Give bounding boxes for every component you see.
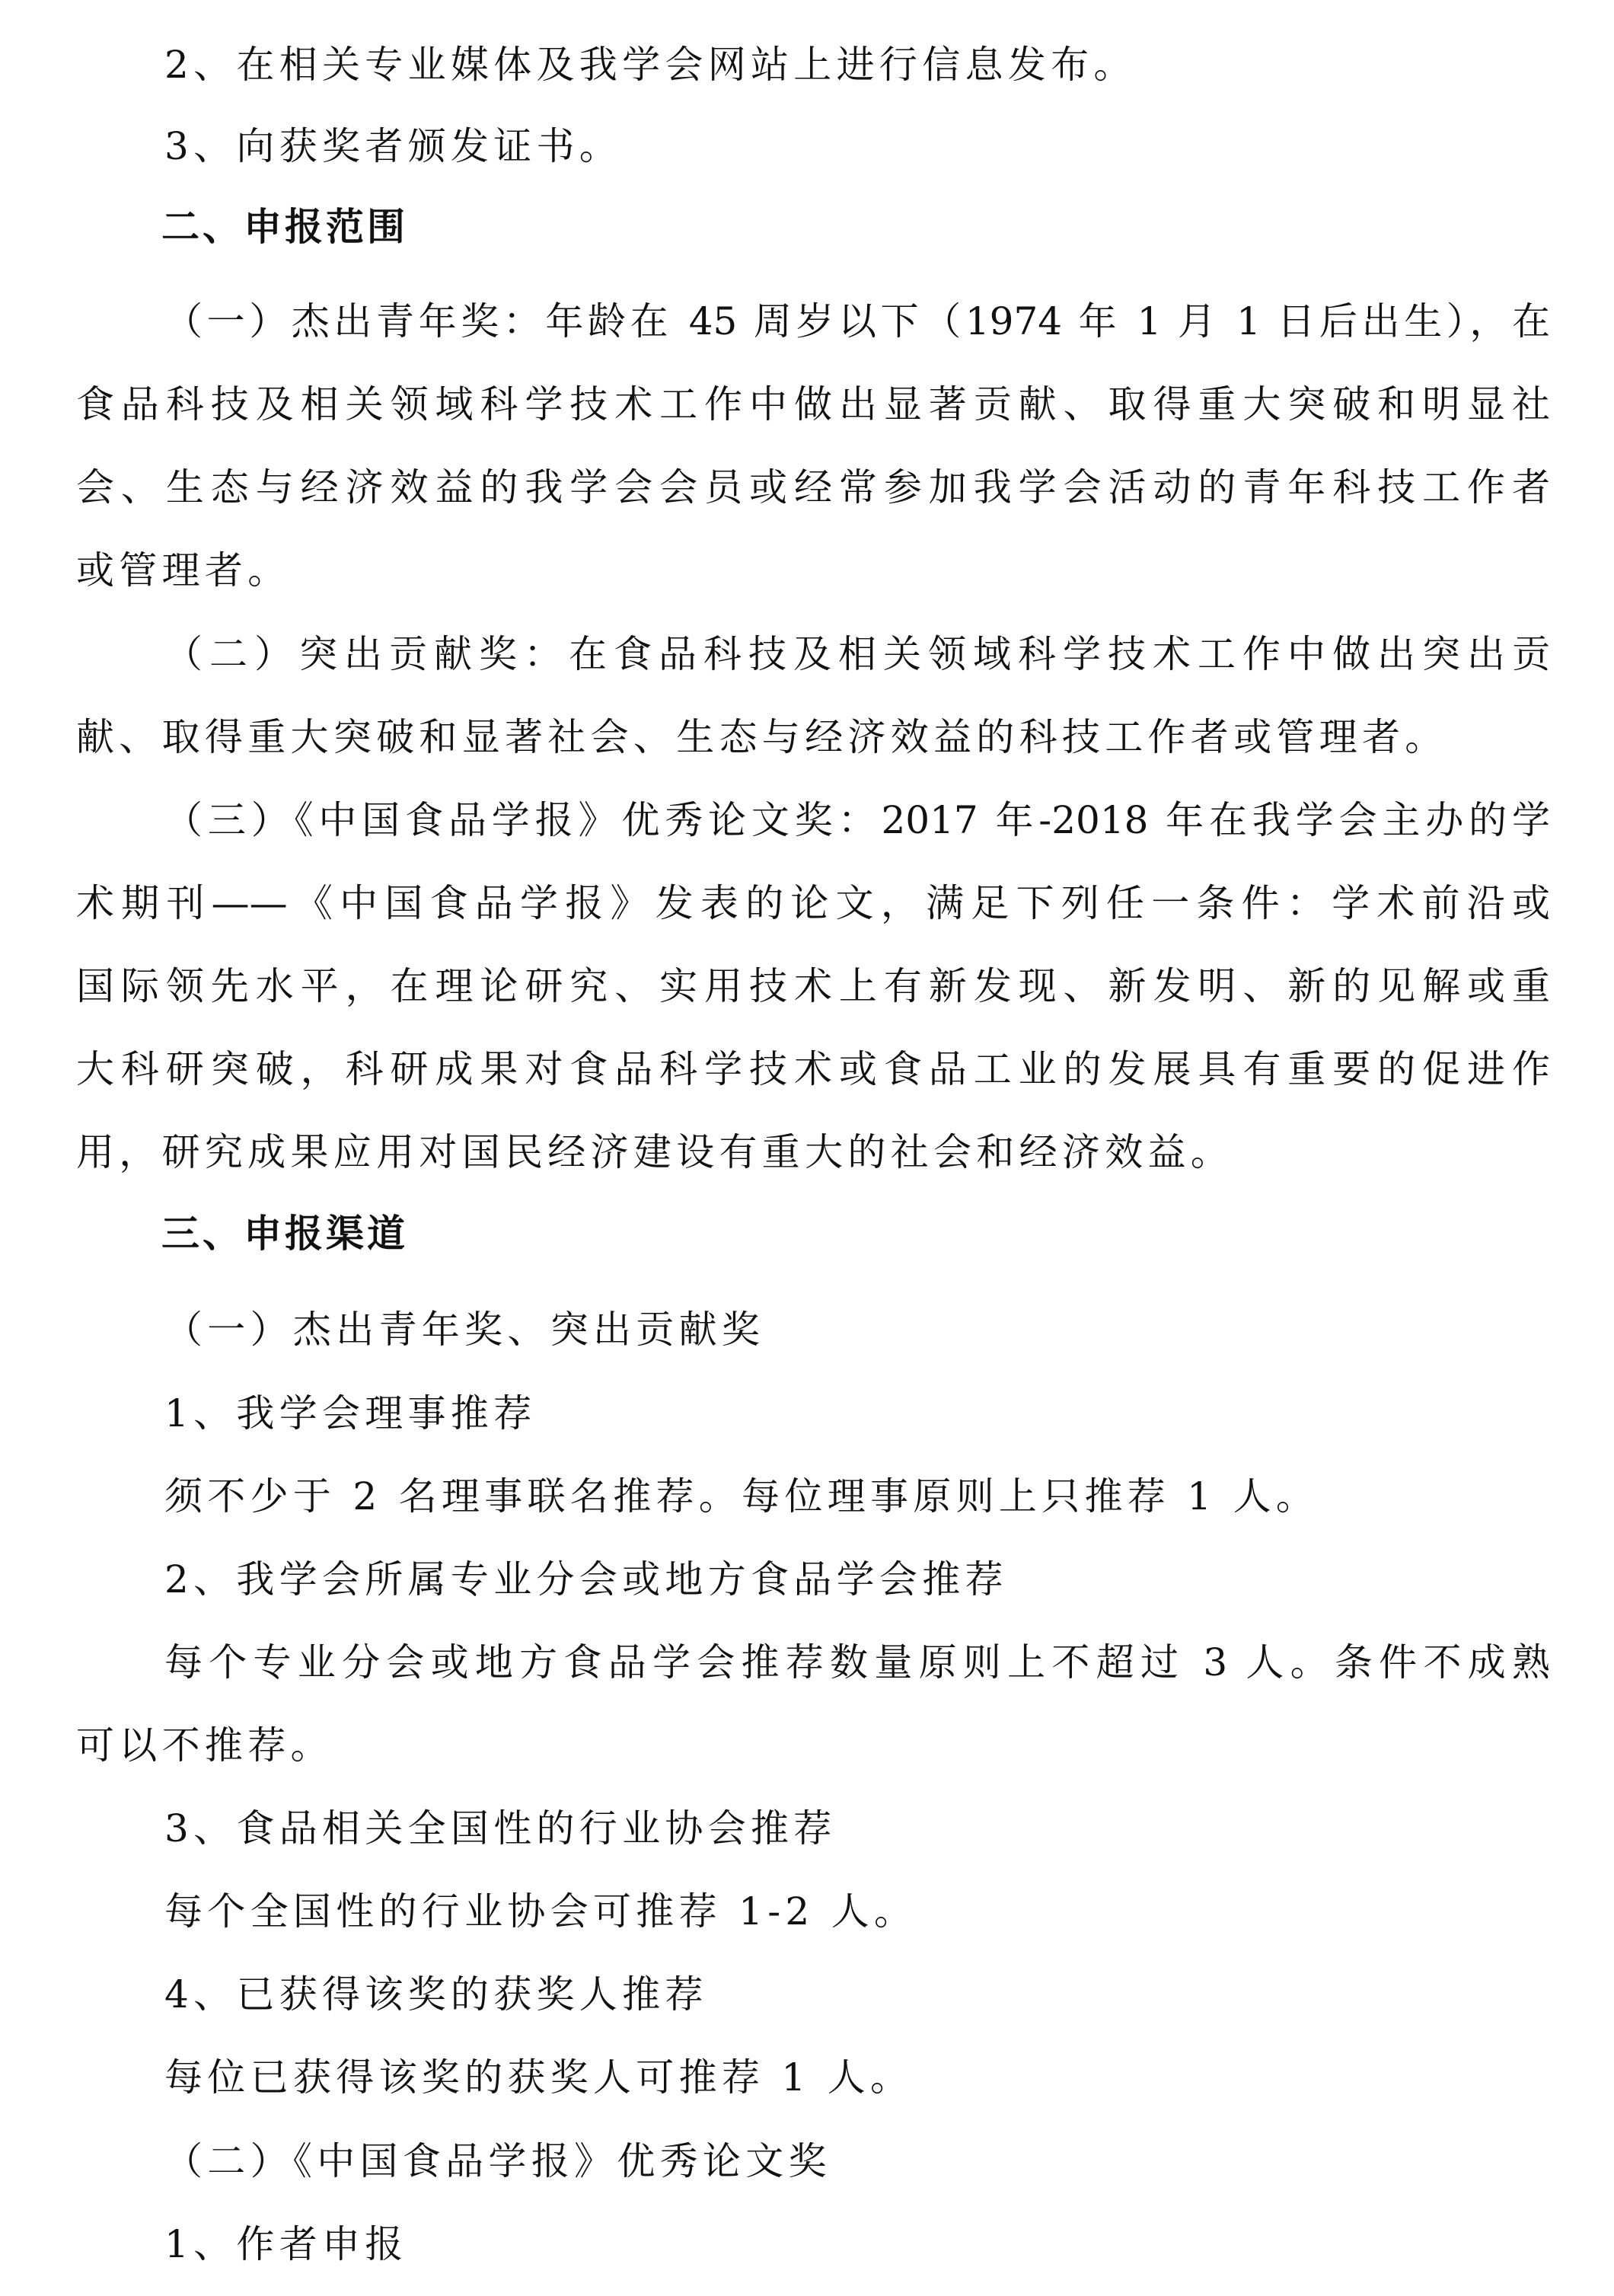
channel-item-2-detail-line-1: 每个专业分会或地方食品学会推荐数量原则上不超过 3 人。条件不成熟 <box>164 1640 1550 1685</box>
scope-paper-award-line-4: 大科研突破，科研成果对食品科学技术或食品工业的发展具有重要的促进作 <box>76 1046 1550 1092</box>
scope-paper-award-line-5: 用，研究成果应用对国民经济建设有重大的社会和经济效益。 <box>76 1129 1233 1175</box>
section-heading-scope: 二、申报范围 <box>161 204 408 250</box>
channel-item-1-director: 1、我学会理事推荐 <box>164 1391 537 1436</box>
channel-group-paper-award: （二）《中国食品学报》优秀论文奖 <box>164 2138 831 2184</box>
scope-youth-award-line-2: 食品科技及相关领域科学技术工作中做出显著贡献、取得重大突破和明显社 <box>76 382 1550 427</box>
channel-item-1-detail: 须不少于 2 名理事联名推荐。每位理事原则上只推荐 1 人。 <box>164 1474 1319 1519</box>
award-item-3-certificate: 3、向获奖者颁发证书。 <box>164 123 622 169</box>
channel-item-2-branch: 2、我学会所属专业分会或地方食品学会推荐 <box>164 1557 1008 1602</box>
scope-paper-award-line-2: 术期刊——《中国食品学报》发表的论文，满足下列任一条件：学术前沿或 <box>76 880 1550 926</box>
scope-youth-award-line-1: （一）杰出青年奖：年龄在 45 周岁以下（1974 年 1 月 1 日后出生），… <box>164 299 1550 344</box>
scope-contribution-award-line-1: （二）突出贡献奖：在食品科技及相关领域科学技术工作中做出突出贡 <box>164 631 1550 677</box>
channel-item-4-detail: 每位已获得该奖的获奖人可推荐 1 人。 <box>164 2055 913 2100</box>
award-item-2-publish-info: 2、在相关专业媒体及我学会网站上进行信息发布。 <box>164 42 1137 88</box>
channel-item-2-detail-line-2: 可以不推荐。 <box>76 1723 333 1768</box>
scope-youth-award-line-4: 或管理者。 <box>76 548 291 593</box>
channel-item-3-association: 3、食品相关全国性的行业协会推荐 <box>164 1806 837 1851</box>
section-heading-channels: 三、申报渠道 <box>161 1211 408 1257</box>
scope-paper-award-line-3: 国际领先水平，在理论研究、实用技术上有新发现、新发明、新的见解或重 <box>76 963 1550 1009</box>
scope-paper-award-line-1: （三）《中国食品学报》优秀论文奖：2017 年-2018 年在我学会主办的学 <box>164 797 1550 843</box>
channel-paper-item-1-author: 1、作者申报 <box>164 2221 408 2267</box>
scope-contribution-award-line-2: 献、取得重大突破和显著社会、生态与经济效益的科技工作者或管理者。 <box>76 714 1448 760</box>
channel-item-3-detail: 每个全国性的行业协会可推荐 1-2 人。 <box>164 1889 917 1934</box>
channel-item-4-winner: 4、已获得该奖的获奖人推荐 <box>164 1972 708 2017</box>
scope-youth-award-line-3: 会、生态与经济效益的我学会会员或经常参加我学会活动的青年科技工作者 <box>76 465 1550 510</box>
channel-group-youth-contribution: （一）杰出青年奖、突出贡献奖 <box>164 1307 764 1352</box>
